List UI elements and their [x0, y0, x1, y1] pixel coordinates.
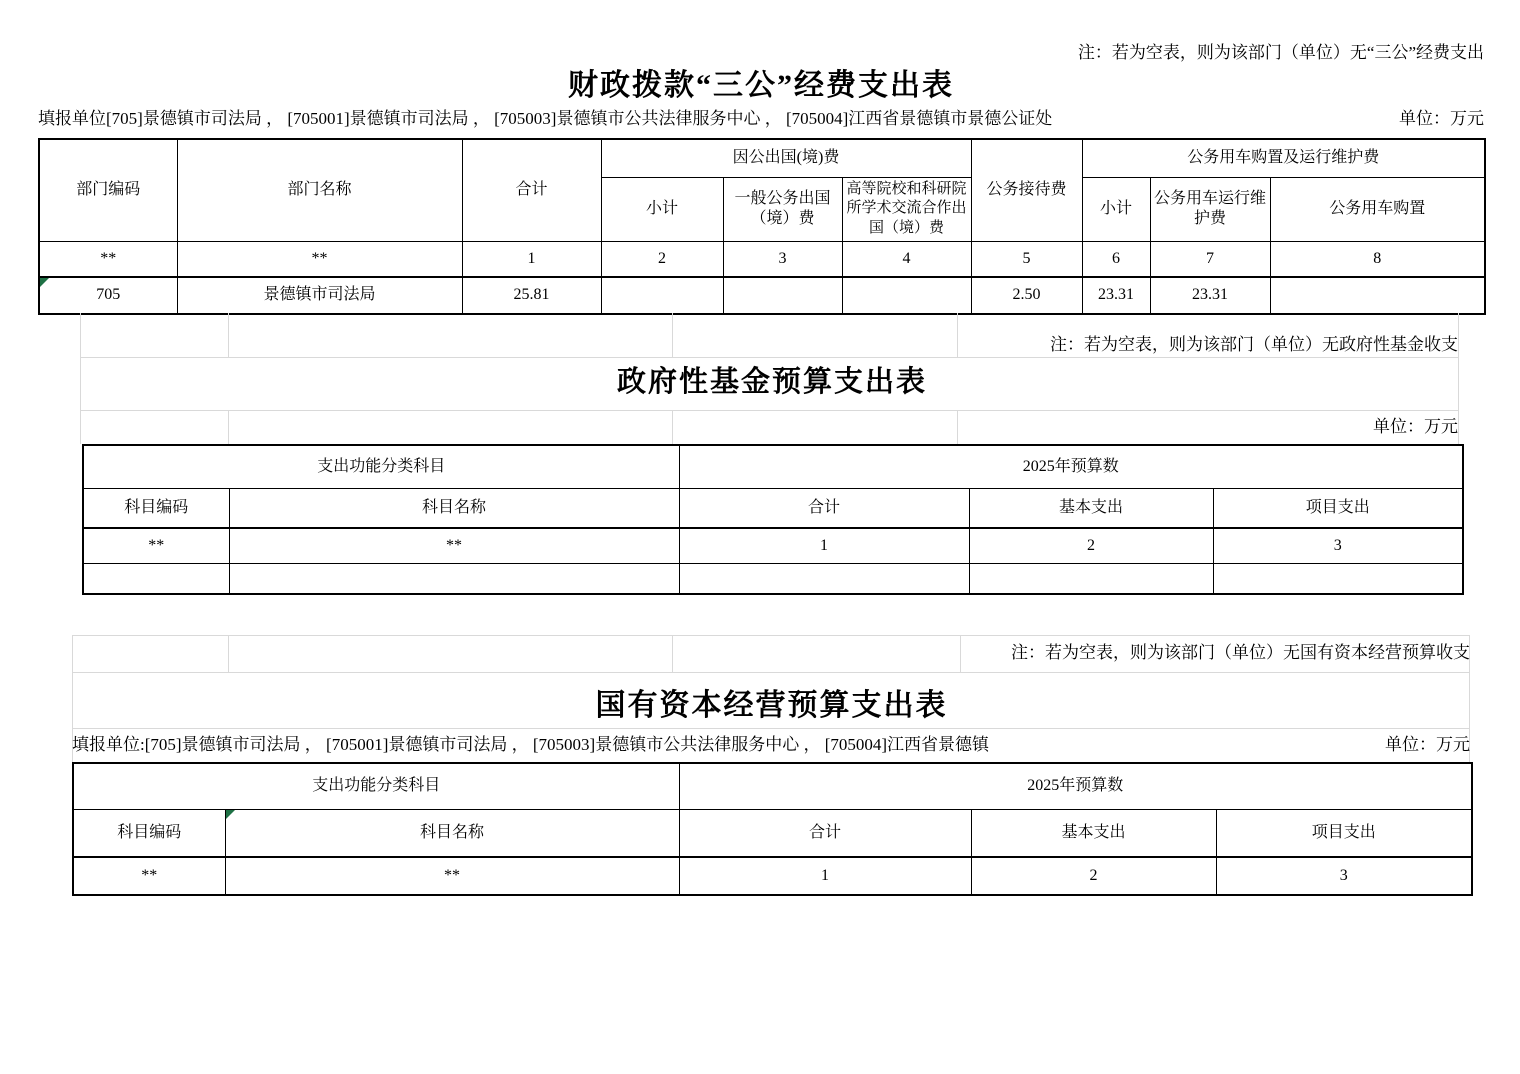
- t2-empty-cell: [1213, 563, 1463, 594]
- cell-comment-marker-icon: [226, 810, 235, 819]
- t2-index-cell: **: [229, 528, 679, 563]
- gridline: [80, 357, 1459, 358]
- t1-index-cell: 4: [842, 241, 971, 277]
- t3-header-subject-name-value: 科目名称: [420, 824, 484, 841]
- gridline: [80, 313, 81, 444]
- t1-header-vehicle-group: 公务用车购置及运行维护费: [1082, 139, 1485, 177]
- t1-data-vehicle-maintain: 23.31: [1150, 277, 1270, 314]
- table2-note: 注：若为空表，则为该部门（单位）无政府性基金收支: [1050, 334, 1458, 356]
- t2-index-cell: 1: [679, 528, 969, 563]
- gridline: [228, 410, 229, 444]
- t1-data-vehicle-purchase: [1270, 277, 1485, 314]
- t1-index-cell: **: [39, 241, 177, 277]
- table1-filler-units: 填报单位[705]景德镇市司法局 ， [705001]景德镇市司法局 ， [70…: [38, 108, 1052, 130]
- t3-header-basic: 基本支出: [971, 809, 1216, 857]
- gridline: [672, 313, 673, 357]
- gridline: [672, 410, 673, 444]
- t1-data-abroad-general: [723, 277, 842, 314]
- t3-index-cell: **: [225, 857, 679, 895]
- gridline: [957, 313, 958, 357]
- t1-header-reception: 公务接待费: [971, 139, 1082, 241]
- table2-unit-label: 单位：万元: [1373, 416, 1458, 438]
- table1-note: 注：若为空表，则为该部门（单位）无“三公”经费支出: [1078, 42, 1484, 64]
- t1-data-abroad-subtotal: [601, 277, 723, 314]
- t2-header-function-group: 支出功能分类科目: [83, 445, 679, 488]
- t3-header-project: 项目支出: [1216, 809, 1472, 857]
- three-public-expense-table: 部门编码 部门名称 合计 因公出国(境)费 公务接待费 公务用车购置及运行维护费…: [38, 138, 1486, 315]
- t1-index-row: ** ** 1 2 3 4 5 6 7 8: [39, 241, 1485, 277]
- spreadsheet-page: 注：若为空表，则为该部门（单位）无“三公”经费支出 财政拨款“三公”经费支出表 …: [0, 0, 1520, 1074]
- table3-title: 国有资本经营预算支出表: [72, 686, 1471, 725]
- t1-index-cell: **: [177, 241, 462, 277]
- t2-empty-cell: [229, 563, 679, 594]
- t2-empty-row: [83, 563, 1463, 594]
- gridline: [228, 635, 229, 672]
- t3-header-subject-name: 科目名称: [225, 809, 679, 857]
- t1-index-cell: 7: [1150, 241, 1270, 277]
- t1-header-dept-code: 部门编码: [39, 139, 177, 241]
- t1-index-cell: 6: [1082, 241, 1150, 277]
- table3-filler-units: 填报单位:[705]景德镇市司法局 ， [705001]景德镇市司法局 ， [7…: [72, 734, 1216, 756]
- t1-data-reception: 2.50: [971, 277, 1082, 314]
- table3-note: 注：若为空表，则为该部门（单位）无国有资本经营预算收支: [1011, 642, 1470, 664]
- t2-header-project: 项目支出: [1213, 488, 1463, 528]
- table2-title: 政府性基金预算支出表: [82, 364, 1462, 402]
- t3-header-subject-code: 科目编码: [73, 809, 225, 857]
- cell-comment-marker-icon: [40, 278, 49, 287]
- t1-header-vehicle-maintain: 公务用车运行维护费: [1150, 177, 1270, 241]
- gridline: [72, 728, 1470, 729]
- t1-header-total: 合计: [462, 139, 601, 241]
- t3-header-function-group: 支出功能分类科目: [73, 763, 679, 809]
- t2-index-row: ** ** 1 2 3: [83, 528, 1463, 563]
- t3-index-cell: 1: [679, 857, 971, 895]
- t1-data-dept-name: 景德镇市司法局: [177, 277, 462, 314]
- t1-index-cell: 1: [462, 241, 601, 277]
- t3-header-budget-group: 2025年预算数: [679, 763, 1472, 809]
- t1-header-abroad-general: 一般公务出国（境）费: [723, 177, 842, 241]
- t1-index-cell: 8: [1270, 241, 1485, 277]
- t1-data-row: 705 景德镇市司法局 25.81 2.50 23.31 23.31: [39, 277, 1485, 314]
- t1-header-abroad-academic: 高等院校和科研院所学术交流合作出国（境）费: [842, 177, 971, 241]
- table1-title: 财政拨款“三公”经费支出表: [38, 66, 1484, 105]
- t2-header-total: 合计: [679, 488, 969, 528]
- gridline: [228, 313, 229, 357]
- t1-data-abroad-academic: [842, 277, 971, 314]
- t2-header-subject-code: 科目编码: [83, 488, 229, 528]
- t1-data-dept-code-value: 705: [96, 286, 120, 303]
- t3-index-cell: 2: [971, 857, 1216, 895]
- t2-index-cell: **: [83, 528, 229, 563]
- gridline: [80, 410, 1459, 411]
- t2-empty-cell: [969, 563, 1213, 594]
- t1-index-cell: 2: [601, 241, 723, 277]
- t1-data-vehicle-subtotal: 23.31: [1082, 277, 1150, 314]
- t3-index-cell: 3: [1216, 857, 1472, 895]
- t3-header-total: 合计: [679, 809, 971, 857]
- t2-empty-cell: [679, 563, 969, 594]
- t1-header-abroad-group: 因公出国(境)费: [601, 139, 971, 177]
- t1-header-abroad-subtotal: 小计: [601, 177, 723, 241]
- government-fund-budget-table: 支出功能分类科目 2025年预算数 科目编码 科目名称 合计 基本支出 项目支出…: [82, 444, 1464, 595]
- gridline: [960, 635, 961, 672]
- t2-index-cell: 3: [1213, 528, 1463, 563]
- gridline: [72, 672, 1470, 673]
- t2-header-subject-name: 科目名称: [229, 488, 679, 528]
- gridline: [672, 635, 673, 672]
- table3-unit-label: 单位：万元: [1385, 734, 1470, 756]
- gridline: [957, 410, 958, 444]
- t3-index-cell: **: [73, 857, 225, 895]
- t1-index-cell: 5: [971, 241, 1082, 277]
- t1-data-dept-code: 705: [39, 277, 177, 314]
- t2-index-cell: 2: [969, 528, 1213, 563]
- t1-data-total: 25.81: [462, 277, 601, 314]
- t1-header-vehicle-purchase: 公务用车购置: [1270, 177, 1485, 241]
- t1-index-cell: 3: [723, 241, 842, 277]
- t2-header-budget-group: 2025年预算数: [679, 445, 1463, 488]
- table1-unit-label: 单位：万元: [1399, 108, 1484, 130]
- t1-header-dept-name: 部门名称: [177, 139, 462, 241]
- gridline: [72, 635, 1470, 636]
- t2-header-basic: 基本支出: [969, 488, 1213, 528]
- t3-index-row: ** ** 1 2 3: [73, 857, 1472, 895]
- t2-empty-cell: [83, 563, 229, 594]
- t1-header-vehicle-subtotal: 小计: [1082, 177, 1150, 241]
- state-capital-budget-table: 支出功能分类科目 2025年预算数 科目编码 科目名称 合计 基本支出 项目支出…: [72, 762, 1473, 896]
